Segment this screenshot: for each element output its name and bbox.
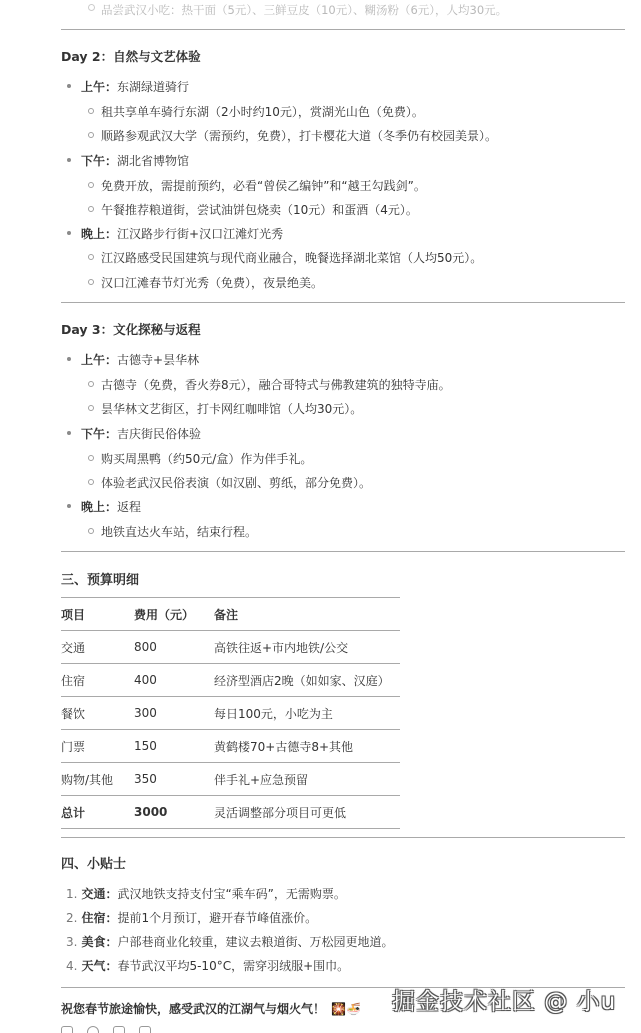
tip-item: 2.住宿：提前1个月预订，避开春节峰值涨价。 [66, 909, 317, 926]
table-row: 门票 150 黄鹤楼70+古德寺8+其他 [61, 730, 400, 763]
cell-note: 黄鹤楼70+古德寺8+其他 [214, 730, 400, 763]
slot-title: 返程 [117, 500, 141, 514]
column-header: 项目 [61, 598, 134, 631]
cell-cost: 400 [134, 664, 214, 697]
tip-text: 提前1个月预订，避开春节峰值涨价。 [117, 911, 317, 925]
tip-label: 住宿： [81, 911, 117, 925]
cell-note: 高铁往返+市内地铁/公交 [214, 631, 400, 664]
slot-title: 吉庆街民俗体验 [117, 427, 201, 441]
tips-title: 四、小贴士 [61, 853, 126, 872]
cell-item: 餐饮 [61, 697, 134, 730]
slot-title: 江汉路步行街+汉口江滩灯光秀 [117, 227, 283, 241]
cell-cost: 350 [134, 763, 214, 796]
slot-evening: 晚上：返程 [81, 498, 141, 515]
copy-icon[interactable] [61, 1026, 73, 1033]
tip-item: 3.美食：户部巷商业化较重，建议去粮道街、万松园更地道。 [66, 933, 393, 950]
slot-title: 湖北省博物馆 [117, 154, 189, 168]
slot-morning: 上午：古德寺+昙华林 [81, 351, 199, 368]
tip-label: 交通： [81, 887, 117, 901]
tip-label: 天气： [81, 959, 117, 973]
list-item: 古德寺（免费，香火券8元），融合哥特式与佛教建筑的独特寺庙。 [101, 376, 451, 393]
tip-text: 武汉地铁支持支付宝“乘车码”，无需购票。 [117, 887, 345, 901]
list-item: 昙华林文艺街区，打卡网红咖啡馆（人均30元）。 [101, 400, 362, 417]
column-header: 费用（元） [134, 598, 214, 631]
cell-note: 灵活调整部分项目可更低 [214, 796, 400, 829]
cell-note: 伴手礼+应急预留 [214, 763, 400, 796]
slot-label: 上午： [81, 80, 117, 94]
slot-evening: 晚上：江汉路步行街+汉口江滩灯光秀 [81, 225, 283, 242]
list-item: 体验老武汉民俗表演（如汉剧、剪纸，部分免费）。 [101, 474, 371, 491]
cell-item: 门票 [61, 730, 134, 763]
tip-text: 户部巷商业化较重，建议去粮道街、万松园更地道。 [117, 935, 393, 949]
table-header-row: 项目 费用（元） 备注 [61, 598, 400, 631]
cell-note: 经济型酒店2晚（如如家、汉庭） [214, 664, 400, 697]
sub-bullet [88, 4, 95, 11]
slot-afternoon: 下午：湖北省博物馆 [81, 152, 189, 169]
list-item: 地铁直达火车站，结束行程。 [101, 523, 257, 540]
list-item: 购买周黑鸭（约50元/盒）作为伴手礼。 [101, 450, 312, 467]
thumbs-down-icon[interactable] [139, 1026, 151, 1033]
cell-cost: 3000 [134, 796, 214, 829]
table-row-total: 总计 3000 灵活调整部分项目可更低 [61, 796, 400, 829]
table-row: 住宿 400 经济型酒店2晚（如如家、汉庭） [61, 664, 400, 697]
cell-item: 购物/其他 [61, 763, 134, 796]
budget-table: 项目 费用（元） 备注 交通 800 高铁往返+市内地铁/公交 住宿 400 经… [61, 597, 400, 829]
divider [61, 29, 625, 30]
day-3-title: Day 3：文化探秘与返程 [61, 320, 201, 338]
faded-list-item: 品尝武汉小吃：热干面（5元）、三鲜豆皮（10元）、糊汤粉（6元），人均30元。 [101, 2, 507, 18]
tip-number: 4. [66, 959, 77, 973]
fireworks-noodle-emoji-icon: 🎇🍜 [331, 1002, 361, 1016]
list-item: 租共享单车骑行东湖（2小时约10元），赏湖光山色（免费）。 [101, 103, 424, 120]
closing-message: 祝您春节旅途愉快，感受武汉的江湖气与烟火气！🎇🍜 [61, 1000, 361, 1017]
table-row: 购物/其他 350 伴手礼+应急预留 [61, 763, 400, 796]
slot-morning: 上午：东湖绿道骑行 [81, 78, 189, 95]
tip-number: 1. [66, 887, 77, 901]
cell-item: 交通 [61, 631, 134, 664]
divider [61, 302, 625, 303]
message-action-bar [61, 1026, 151, 1033]
list-item: 顺路参观武汉大学（需预约，免费），打卡樱花大道（冬季仍有校园美景）。 [101, 127, 497, 144]
table-row: 餐饮 300 每日100元，小吃为主 [61, 697, 400, 730]
cell-note: 每日100元，小吃为主 [214, 697, 400, 730]
slot-title: 古德寺+昙华林 [117, 353, 199, 367]
watermark: 掘金技术社区 @ 小u [392, 983, 616, 1016]
tip-item: 1.交通：武汉地铁支持支付宝“乘车码”，无需购票。 [66, 885, 346, 902]
slot-label: 晚上： [81, 500, 117, 514]
tip-text: 春节武汉平均5-10°C，需穿羽绒服+围巾。 [117, 959, 349, 973]
closing-text: 祝您春节旅途愉快，感受武汉的江湖气与烟火气！ [61, 1002, 325, 1016]
refresh-icon[interactable] [87, 1026, 99, 1033]
tip-item: 4.天气：春节武汉平均5-10°C，需穿羽绒服+围巾。 [66, 957, 349, 974]
cell-cost: 150 [134, 730, 214, 763]
tip-number: 3. [66, 935, 77, 949]
cell-item: 总计 [61, 796, 134, 829]
list-item: 汉口江滩春节灯光秀（免费），夜景绝美。 [101, 274, 323, 291]
column-header: 备注 [214, 598, 400, 631]
tip-label: 美食： [81, 935, 117, 949]
list-item: 免费开放，需提前预约，必看“曾侯乙编钟”和“越王勾践剑”。 [101, 177, 426, 194]
slot-title: 东湖绿道骑行 [117, 80, 189, 94]
cell-cost: 800 [134, 631, 214, 664]
list-item: 江汉路感受民国建筑与现代商业融合，晚餐选择湖北菜馆（人均50元）。 [101, 249, 482, 266]
thumbs-up-icon[interactable] [113, 1026, 125, 1033]
divider [61, 551, 625, 552]
day-2-title: Day 2：自然与文艺体验 [61, 47, 201, 65]
table-row: 交通 800 高铁往返+市内地铁/公交 [61, 631, 400, 664]
cell-item: 住宿 [61, 664, 134, 697]
budget-title: 三、预算明细 [61, 569, 139, 588]
slot-label: 下午： [81, 154, 117, 168]
slot-afternoon: 下午：吉庆街民俗体验 [81, 425, 201, 442]
cell-cost: 300 [134, 697, 214, 730]
list-item: 午餐推荐粮道街，尝试油饼包烧卖（10元）和蛋酒（4元）。 [101, 201, 418, 218]
tip-number: 2. [66, 911, 77, 925]
slot-label: 上午： [81, 353, 117, 367]
slot-label: 晚上： [81, 227, 117, 241]
divider [61, 837, 625, 838]
slot-label: 下午： [81, 427, 117, 441]
